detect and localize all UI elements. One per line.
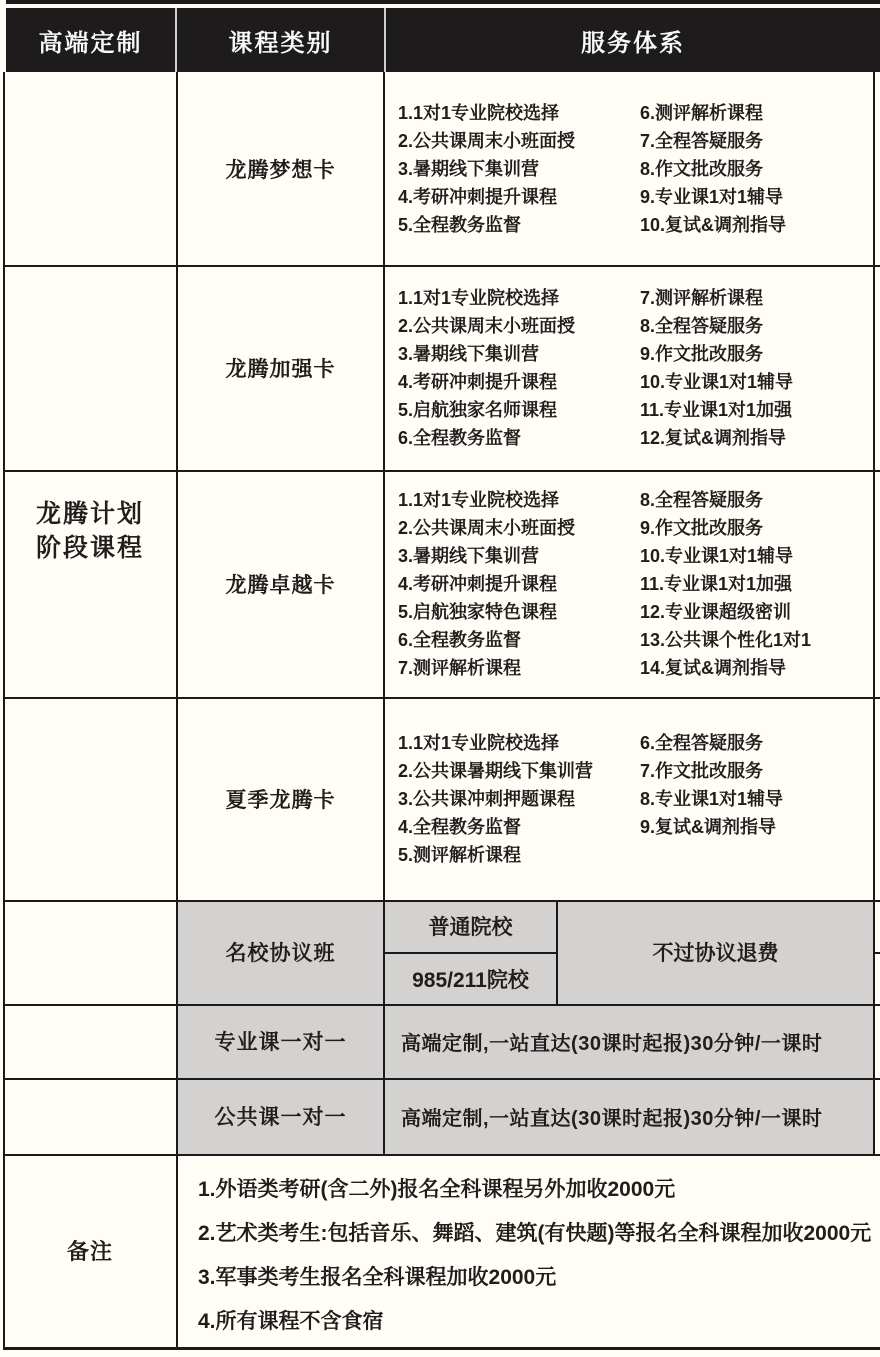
category-major-1on1: 专业课一对一 [177, 1004, 384, 1078]
service-item: 6.全程教务监督 [398, 626, 630, 654]
service-item: 7.全程答疑服务 [640, 127, 873, 155]
service-item: 5.全程教务监督 [398, 211, 630, 239]
service-item: 1.1对1专业院校选择 [398, 99, 630, 127]
service-item: 3.暑期线下集训营 [398, 340, 630, 368]
plan-span-line2: 阶段课程 [3, 531, 177, 565]
notes-list: 1.外语类考研(含二外)报名全科课程另外加收2000元 2.艺术类考生:包括音乐… [198, 1168, 880, 1344]
notes-label: 备注 [3, 1154, 177, 1347]
subrow-border-tick [873, 952, 880, 954]
services-excellence-card: 1.1对1专业院校选择 2.公共课周末小班面授 3.暑期线下集训营 4.考研冲刺… [384, 470, 873, 697]
agreement-option-ordinary: 普通院校 [385, 900, 556, 952]
service-item: 12.复试&调剂指导 [640, 424, 873, 452]
service-item: 4.全程教务监督 [398, 813, 630, 841]
course-table: 高端定制 课程类别 服务体系 龙腾计划 阶段课程 龙腾梦想卡 龙腾加强卡 龙腾卓… [0, 0, 880, 1357]
note-item: 1.外语类考研(含二外)报名全科课程另外加收2000元 [198, 1168, 880, 1212]
service-item: 6.全程答疑服务 [640, 729, 873, 757]
note-item: 2.艺术类考生:包括音乐、舞蹈、建筑(有快题)等报名全科课程加收2000元 [198, 1212, 880, 1256]
service-item: 7.测评解析课程 [640, 284, 873, 312]
service-item: 10.专业课1对1辅导 [640, 368, 873, 396]
services-dream-card: 1.1对1专业院校选择 2.公共课周末小班面授 3.暑期线下集训营 4.考研冲刺… [384, 72, 873, 265]
service-item: 12.专业课超级密训 [640, 598, 873, 626]
service-item: 1.1对1专业院校选择 [398, 284, 630, 312]
header-cell-category: 课程类别 [177, 8, 384, 72]
service-item: 3.公共课冲刺押题课程 [398, 785, 630, 813]
service-item: 10.专业课1对1辅导 [640, 542, 873, 570]
service-item: 3.暑期线下集训营 [398, 155, 630, 183]
table-header-row: 高端定制 课程类别 服务体系 [6, 8, 880, 72]
header-cell-services: 服务体系 [386, 8, 880, 72]
service-item: 9.作文批改服务 [640, 340, 873, 368]
category-public-1on1: 公共课一对一 [177, 1078, 384, 1154]
service-item: 4.考研冲刺提升课程 [398, 570, 630, 598]
service-item: 14.复试&调剂指导 [640, 654, 873, 682]
service-item: 2.公共课周末小班面授 [398, 127, 630, 155]
service-item: 2.公共课周末小班面授 [398, 312, 630, 340]
service-item: 9.专业课1对1辅导 [640, 183, 873, 211]
note-item: 4.所有课程不含食宿 [198, 1300, 880, 1344]
service-item: 6.全程教务监督 [398, 424, 630, 452]
service-item: 3.暑期线下集训营 [398, 542, 630, 570]
service-item: 7.作文批改服务 [640, 757, 873, 785]
service-item: 5.启航独家特色课程 [398, 598, 630, 626]
category-dream-card: 龙腾梦想卡 [177, 72, 384, 265]
service-item: 5.启航独家名师课程 [398, 396, 630, 424]
service-item: 11.专业课1对1加强 [640, 570, 873, 598]
category-excellence-card: 龙腾卓越卡 [177, 470, 384, 697]
category-summer-card: 夏季龙腾卡 [177, 697, 384, 900]
table-top-border [6, 0, 880, 4]
border-bottom [3, 1347, 880, 1350]
service-item: 8.专业课1对1辅导 [640, 785, 873, 813]
service-item: 8.全程答疑服务 [640, 312, 873, 340]
service-item: 2.公共课暑期线下集训营 [398, 757, 630, 785]
major-1on1-description: 高端定制,一站直达(30课时起报)30分钟/一课时 [384, 1004, 873, 1078]
service-item: 5.测评解析课程 [398, 841, 630, 869]
service-item: 4.考研冲刺提升课程 [398, 183, 630, 211]
service-item: 8.全程答疑服务 [640, 486, 873, 514]
services-strengthen-card: 1.1对1专业院校选择 2.公共课周末小班面授 3.暑期线下集训营 4.考研冲刺… [384, 265, 873, 470]
services-summer-card: 1.1对1专业院校选择 2.公共课暑期线下集训营 3.公共课冲刺押题课程 4.全… [384, 697, 873, 900]
agreement-refund-policy: 不过协议退费 [558, 900, 873, 1004]
category-strengthen-card: 龙腾加强卡 [177, 265, 384, 470]
public-1on1-description: 高端定制,一站直达(30课时起报)30分钟/一课时 [384, 1078, 873, 1154]
plan-span-label: 龙腾计划 阶段课程 [3, 497, 177, 565]
border-right [873, 72, 875, 1154]
service-item: 2.公共课周末小班面授 [398, 514, 630, 542]
agreement-option-985-211: 985/211院校 [385, 954, 556, 1004]
category-agreement-class: 名校协议班 [177, 900, 384, 1004]
service-item: 1.1对1专业院校选择 [398, 729, 630, 757]
service-item: 7.测评解析课程 [398, 654, 630, 682]
service-item: 4.考研冲刺提升课程 [398, 368, 630, 396]
service-item: 8.作文批改服务 [640, 155, 873, 183]
note-item: 3.军事类考生报名全科课程加收2000元 [198, 1256, 880, 1300]
service-item: 9.复试&调剂指导 [640, 813, 873, 841]
service-item: 13.公共课个性化1对1 [640, 626, 873, 654]
service-item: 6.测评解析课程 [640, 99, 873, 127]
service-item: 9.作文批改服务 [640, 514, 873, 542]
plan-span-line1: 龙腾计划 [3, 497, 177, 531]
service-item: 11.专业课1对1加强 [640, 396, 873, 424]
service-item: 1.1对1专业院校选择 [398, 486, 630, 514]
header-cell-custom: 高端定制 [6, 8, 175, 72]
service-item: 10.复试&调剂指导 [640, 211, 873, 239]
